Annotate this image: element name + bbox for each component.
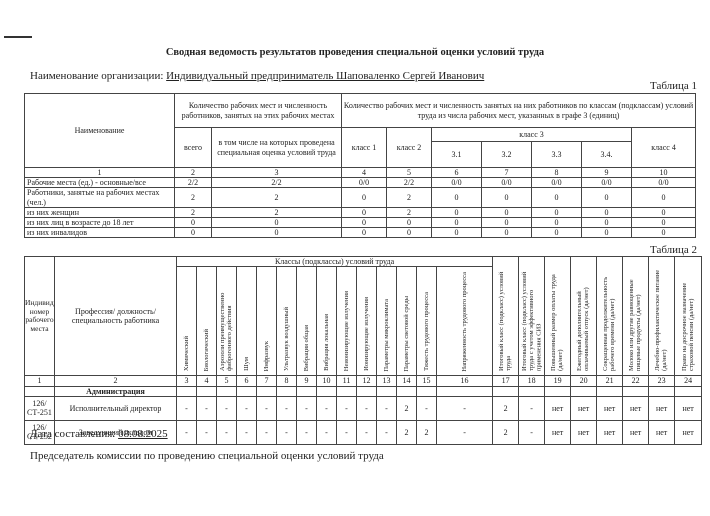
column-number: 6 [237, 376, 257, 386]
cell-value: 2 [417, 420, 437, 444]
header-extra-1: Итоговый класс (подкласс) условий труда [493, 257, 519, 376]
column-number: 6 [432, 168, 482, 178]
cell-value: 0 [342, 207, 387, 217]
column-number: 1 [25, 376, 55, 386]
blank-cell [177, 386, 197, 396]
column-number: 8 [277, 376, 297, 386]
cell-value: 2/2 [175, 178, 212, 188]
cell-value: 2 [387, 207, 432, 217]
column-number: 4 [342, 168, 387, 178]
blank-cell [277, 386, 297, 396]
cell-value: 0 [432, 217, 482, 227]
header-factor: Аэрозоли преимущественно фиброгенного де… [217, 267, 237, 376]
blank-cell [417, 386, 437, 396]
profession: Исполнительный директор [55, 396, 177, 420]
cell-value: 2 [175, 188, 212, 207]
blank-cell [397, 386, 417, 396]
scan-mark [4, 36, 32, 38]
column-number: 17 [493, 376, 519, 386]
column-number: 23 [649, 376, 675, 386]
table-row: из них женщин220200000 [25, 207, 696, 217]
cell-value: 0 [532, 207, 582, 217]
table2-label: Таблица 2 [650, 244, 697, 256]
cell-value: 0 [432, 207, 482, 217]
column-number: 2 [175, 168, 212, 178]
column-number: 5 [387, 168, 432, 178]
header-factor: Ионизирующие излучения [357, 267, 377, 376]
cell-value: 0 [582, 217, 632, 227]
header-name: Наименование [25, 94, 175, 168]
column-number: 20 [571, 376, 597, 386]
column-number: 15 [417, 376, 437, 386]
row-name: из них женщин [25, 207, 175, 217]
header-factor: Ультразвук воздушный [277, 267, 297, 376]
header-class2: класс 2 [387, 128, 432, 168]
date-label: Дата составления: [30, 428, 115, 440]
header-extra-3: Повышенный размер оплаты труда (да/нет) [545, 257, 571, 376]
cell-value: 2 [212, 207, 342, 217]
column-number: 11 [337, 376, 357, 386]
column-number: 1 [25, 168, 175, 178]
row-name: из них инвалидов [25, 228, 175, 238]
header-3-1: 3.1 [432, 142, 482, 168]
header-factor: Параметры световой среды [397, 267, 417, 376]
document-title: Сводная ведомость результатов проведения… [0, 47, 710, 58]
cell-value: - [177, 396, 197, 420]
cell-value: 2 [493, 420, 519, 444]
cell-value: 2 [493, 396, 519, 420]
header-class1: класс 1 [342, 128, 387, 168]
cell-value: 0 [632, 188, 696, 207]
cell-value: нет [597, 420, 623, 444]
cell-value: 0 [582, 188, 632, 207]
blank-cell [649, 386, 675, 396]
cell-value: 0/0 [342, 178, 387, 188]
cell-value: - [257, 396, 277, 420]
cell-value: 2 [175, 207, 212, 217]
cell-value: 0 [212, 217, 342, 227]
blank-cell [257, 386, 277, 396]
organization-value: Индивидуальный предприниматель Шаповален… [166, 70, 484, 82]
cell-value: 2 [212, 188, 342, 207]
header-extra-6: Молоко или другие равноценные пищевые пр… [623, 257, 649, 376]
cell-value: 2/2 [387, 178, 432, 188]
header-3-2: 3.2 [482, 142, 532, 168]
table-row: Рабочие места (ед.) - основные/все2/22/2… [25, 178, 696, 188]
header-extra-4: Ежегодный дополнительный оплачиваемый от… [571, 257, 597, 376]
blank-cell [597, 386, 623, 396]
blank-cell [337, 386, 357, 396]
header-factor: Вибрация общая [297, 267, 317, 376]
cell-value: нет [675, 420, 702, 444]
row-name: из них лиц в возрасте до 18 лет [25, 217, 175, 227]
table-row: из них лиц в возрасте до 18 лет000000000 [25, 217, 696, 227]
column-number: 2 [55, 376, 177, 386]
cell-value: - [237, 396, 257, 420]
cell-value: - [197, 396, 217, 420]
cell-value: 0/0 [582, 178, 632, 188]
cell-value: 0 [175, 217, 212, 227]
cell-value: - [337, 396, 357, 420]
blank-cell [297, 386, 317, 396]
date-value: 08.08.2025 [118, 428, 168, 440]
cell-value: нет [623, 420, 649, 444]
header-factor: Шум [237, 267, 257, 376]
summary-table: Наименование Количество рабочих мест и ч… [24, 93, 696, 238]
header-classes: Классы (подклассы) условий труда [177, 257, 493, 267]
header-extra-5: Сокращенная продолжительность рабочего в… [597, 257, 623, 376]
column-number: 8 [532, 168, 582, 178]
cell-value: - [377, 396, 397, 420]
header-factor: Биологический [197, 267, 217, 376]
cell-value: - [217, 420, 237, 444]
blank-cell [519, 386, 545, 396]
cell-value: 0 [632, 217, 696, 227]
table-row: 126/СТ-251Исполнительный директор-------… [25, 396, 702, 420]
column-number: 24 [675, 376, 702, 386]
cell-value: - [317, 420, 337, 444]
header-assessed: в том числе на которых проведена специал… [212, 128, 342, 168]
header-extra-2: Итоговый класс (подкласс) условий труда … [519, 257, 545, 376]
cell-value: - [357, 420, 377, 444]
cell-value: 2/2 [212, 178, 342, 188]
column-number: 3 [212, 168, 342, 178]
cell-value: - [377, 420, 397, 444]
column-number: 4 [197, 376, 217, 386]
cell-value: нет [649, 420, 675, 444]
row-name: Рабочие места (ед.) - основные/все [25, 178, 175, 188]
cell-value: 0/0 [482, 178, 532, 188]
blank-cell [623, 386, 649, 396]
header-extra-7: Лечебно-профилактическое питание (да/нет… [649, 257, 675, 376]
cell-value: - [437, 420, 493, 444]
date-line: Дата составления: 08.08.2025 [30, 428, 168, 440]
table1-label: Таблица 1 [650, 80, 697, 92]
cell-value: 0 [532, 217, 582, 227]
cell-value: нет [649, 396, 675, 420]
column-number: 22 [623, 376, 649, 386]
cell-value: 0/0 [632, 178, 696, 188]
blank-cell [571, 386, 597, 396]
cell-value: - [519, 396, 545, 420]
header-extra-8: Право на досрочное назначение страховой … [675, 257, 702, 376]
cell-value: 0 [342, 228, 387, 238]
header-factor: Инфразвук [257, 267, 277, 376]
header-profession: Профессия/ должность/ специальность рабо… [55, 257, 177, 376]
cell-value: нет [597, 396, 623, 420]
header-group-b: Количество рабочих мест и численность за… [342, 94, 696, 128]
cell-value: 0 [432, 228, 482, 238]
column-number: 10 [317, 376, 337, 386]
column-number: 18 [519, 376, 545, 386]
cell-value: - [337, 420, 357, 444]
column-number: 16 [437, 376, 493, 386]
header-group-a: Количество рабочих мест и численность ра… [175, 94, 342, 128]
column-number: 12 [357, 376, 377, 386]
header-class3: класс 3 [432, 128, 632, 142]
cell-value: 0 [175, 228, 212, 238]
cell-value: 0 [482, 228, 532, 238]
row-name: Работники, занятые на рабочих местах (че… [25, 188, 175, 207]
column-numbers-row: 12345678910 [25, 168, 696, 178]
cell-value: нет [545, 420, 571, 444]
cell-value: - [277, 420, 297, 444]
cell-value: - [197, 420, 217, 444]
cell-value: 0 [482, 188, 532, 207]
header-factor: Неионизирующие излучения [337, 267, 357, 376]
header-factor: Напряженность трудового процесса [437, 267, 493, 376]
cell-value: - [217, 396, 237, 420]
column-number: 19 [545, 376, 571, 386]
column-numbers-row: 123456789101112131415161718192021222324 [25, 376, 702, 386]
cell-value: 0 [432, 188, 482, 207]
blank-cell [493, 386, 519, 396]
header-class4: класс 4 [632, 128, 696, 168]
cell-value: - [177, 420, 197, 444]
blank-cell [237, 386, 257, 396]
workplace-table: Индивидуальный номер рабочего места Проф… [24, 256, 702, 445]
header-factor: Вибрация локальная [317, 267, 337, 376]
header-3-3: 3.3 [532, 142, 582, 168]
column-number: 3 [177, 376, 197, 386]
column-number: 10 [632, 168, 696, 178]
cell-value: 0 [387, 217, 432, 227]
cell-value: 0 [582, 228, 632, 238]
cell-value: - [357, 396, 377, 420]
cell-value: - [277, 396, 297, 420]
cell-value: 2 [387, 188, 432, 207]
cell-value: - [417, 396, 437, 420]
header-workplace-id: Индивидуальный номер рабочего места [25, 257, 55, 376]
cell-value: 2 [397, 396, 417, 420]
workplace-id: 126/СТ-251 [25, 396, 55, 420]
column-number: 21 [597, 376, 623, 386]
table-row: из них инвалидов000000000 [25, 228, 696, 238]
cell-value: 0 [212, 228, 342, 238]
blank-cell [437, 386, 493, 396]
cell-value: - [257, 420, 277, 444]
cell-value: 0 [342, 217, 387, 227]
cell-value: - [317, 396, 337, 420]
column-number: 13 [377, 376, 397, 386]
cell-value: 0 [342, 188, 387, 207]
cell-value: нет [623, 396, 649, 420]
cell-value: нет [545, 396, 571, 420]
cell-value: 0 [387, 228, 432, 238]
cell-value: 0/0 [532, 178, 582, 188]
cell-value: 0 [482, 217, 532, 227]
blank-cell [377, 386, 397, 396]
blank-cell [217, 386, 237, 396]
blank-cell [675, 386, 702, 396]
cell-value: 0 [532, 228, 582, 238]
cell-value: 0/0 [432, 178, 482, 188]
cell-value: 0 [532, 188, 582, 207]
organization-label: Наименование организации: [30, 70, 163, 82]
column-number: 14 [397, 376, 417, 386]
blank-cell [317, 386, 337, 396]
cell-value: - [237, 420, 257, 444]
header-3-4: 3.4. [582, 142, 632, 168]
blank-cell [197, 386, 217, 396]
cell-value: - [519, 420, 545, 444]
section-title: Администрация [55, 386, 177, 396]
section-row: Администрация [25, 386, 702, 396]
section-blank [25, 386, 55, 396]
cell-value: - [297, 396, 317, 420]
cell-value: нет [675, 396, 702, 420]
cell-value: нет [571, 396, 597, 420]
cell-value: 2 [397, 420, 417, 444]
blank-cell [545, 386, 571, 396]
blank-cell [357, 386, 377, 396]
table-row: Работники, занятые на рабочих местах (че… [25, 188, 696, 207]
column-number: 9 [297, 376, 317, 386]
cell-value: 0 [632, 207, 696, 217]
chairman-line: Председатель комиссии по проведению спец… [30, 450, 384, 462]
column-number: 9 [582, 168, 632, 178]
header-factor: Параметры микроклимата [377, 267, 397, 376]
column-number: 5 [217, 376, 237, 386]
cell-value: 0 [582, 207, 632, 217]
column-number: 7 [257, 376, 277, 386]
header-factor: Тяжесть трудового процесса [417, 267, 437, 376]
column-number: 7 [482, 168, 532, 178]
cell-value: 0 [632, 228, 696, 238]
cell-value: нет [571, 420, 597, 444]
header-total: всего [175, 128, 212, 168]
cell-value: - [437, 396, 493, 420]
organization-line: Наименование организации: Индивидуальный… [30, 70, 484, 82]
header-factor: Химический [177, 267, 197, 376]
cell-value: - [297, 420, 317, 444]
cell-value: 0 [482, 207, 532, 217]
